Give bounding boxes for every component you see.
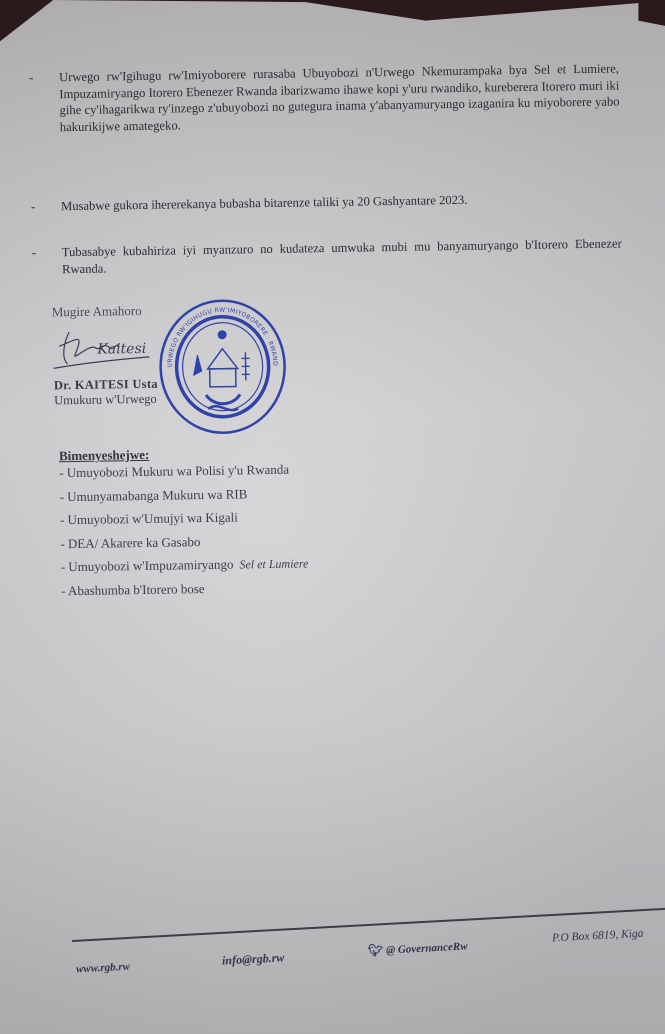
bullet-text: Urwego rw'Igihugu rw'Imiyoborere rurasab… xyxy=(59,60,620,135)
cc-heading: Bimenyeshejwe: xyxy=(59,447,150,464)
letter-content: - Urwego rw'Igihugu rw'Imiyoborere ruras… xyxy=(0,0,665,1034)
official-seal-icon: URWEGO RW'IGIHUGU RW'IMIYOBORERE · RWAND… xyxy=(157,296,289,438)
cc-list: - Umuyobozi Mukuru wa Polisi y'u Rwanda … xyxy=(59,461,309,606)
bullet-marker: - xyxy=(32,245,36,262)
bullet-marker: - xyxy=(29,70,33,87)
bullet-text: Tubasabye kubahiriza iyi myanzuro no kud… xyxy=(62,235,622,277)
cc-item: - Abashumba b'Itorero bose xyxy=(61,579,309,606)
bullet-text: Musabwe gukora ihererekanya bubasha bita… xyxy=(61,189,621,214)
twitter-bird-icon: 🐦︎ xyxy=(368,943,384,958)
svg-text:URWEGO RW'IGIHUGU RW'IMIYOBORE: URWEGO RW'IGIHUGU RW'IMIYOBORERE · RWAND… xyxy=(157,296,279,368)
signer-name: Dr. KAITESI Usta xyxy=(54,377,158,394)
bullet-marker: - xyxy=(31,199,35,216)
signer-title: Umukuru w'Urwego xyxy=(54,392,157,409)
svg-text:Kaitesi: Kaitesi xyxy=(96,341,146,358)
signature-icon: Kaitesi xyxy=(49,323,155,375)
closing-salutation: Mugire Amahoro xyxy=(52,303,142,320)
cc-item-emphasis: Sel et Lumiere xyxy=(239,556,308,571)
